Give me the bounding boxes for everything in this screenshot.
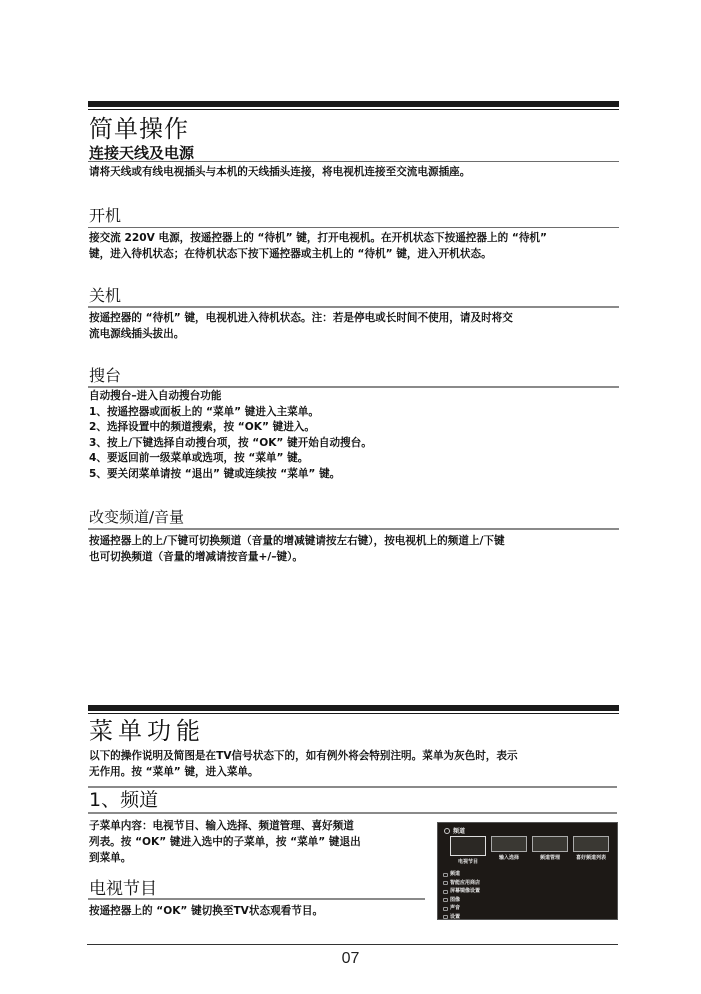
- channel-icon: [444, 828, 450, 834]
- thumbnail: [573, 836, 609, 852]
- step-item: 3、按上/下键选择自动搜台项，按 “OK” 键开始自动搜台。: [89, 436, 629, 452]
- tv-card-input-select: 输入选择: [491, 836, 527, 865]
- paragraph-change-channel-volume: 按遥控器上的上/下键可切换频道（音量的增减键请按左右键），按电视机上的频道上/下…: [89, 533, 629, 565]
- heading-underline: [88, 306, 619, 308]
- manual-page: 简单操作 连接天线及电源 请将天线或有线电视插头与本机的天线插头连接，将电视机连…: [0, 0, 701, 994]
- text-line: 到菜单。: [89, 850, 429, 866]
- tv-menu-sidebar: 频道 智能应用商店 屏幕镜像设置 图像 声音 设置: [443, 871, 480, 920]
- heading-connect-antenna-power: 连接天线及电源: [89, 144, 194, 162]
- text-line: 流电源线插头拔出。: [89, 326, 629, 342]
- heading-channel-menu: 1、频道: [89, 789, 158, 811]
- tv-card-label: 喜好频道列表: [576, 854, 606, 861]
- tv-menu-title-label: 频道: [453, 826, 465, 835]
- tv-side-label: 屏幕镜像设置: [450, 888, 480, 896]
- text-line: 按遥控器的 “待机” 键，电视机进入待机状态。注：若是停电或长时间不使用，请及时…: [89, 310, 629, 326]
- tv-card-channel-manage: 频道管理: [532, 836, 568, 865]
- paragraph-channel-submenu: 子菜单内容：电视节目、输入选择、频道管理、喜好频道 列表。按 “OK” 键进入选…: [89, 818, 429, 866]
- step-item: 2、选择设置中的频道搜索，按 “OK” 键进入。: [89, 420, 629, 436]
- tv-side-item: 图像: [443, 897, 480, 905]
- heading-underline: [88, 898, 425, 900]
- heading-change-channel-volume: 改变频道/音量: [89, 508, 184, 526]
- tv-card-label: 电视节目: [458, 858, 478, 865]
- tv-card-favorite-list: 喜好频道列表: [573, 836, 609, 865]
- page-number: 07: [0, 950, 701, 968]
- step-item: 4、要返回前一级菜单或选项，按 “菜单” 键。: [89, 451, 629, 467]
- paragraph-connect-antenna-power: 请将天线或有线电视插头与本机的天线插头连接，将电视机连接至交流电源插座。: [89, 164, 629, 180]
- thumbnail: [450, 836, 486, 856]
- menu-item-icon: [443, 873, 448, 877]
- tv-menu-title: 频道: [444, 826, 465, 835]
- tv-side-label: 声音: [450, 905, 460, 913]
- heading-power-off: 关机: [89, 287, 121, 305]
- text-line: 也可切换频道（音量的增减请按音量+/–键）。: [89, 549, 629, 565]
- thumbnail: [491, 836, 527, 852]
- tv-menu-screenshot: 频道 电视节目 输入选择 频道管理 喜好频道列表 频道 智能应用商店 屏幕镜: [437, 822, 618, 920]
- tv-side-item: 频道: [443, 871, 480, 879]
- tv-side-label: 图像: [450, 897, 460, 905]
- tv-card-label: 输入选择: [499, 854, 519, 861]
- tv-side-label: 设置: [450, 914, 460, 921]
- menu-item-icon: [443, 881, 448, 885]
- tv-side-label: 频道: [450, 871, 460, 879]
- section-title-basic-operation: 简单操作: [89, 115, 189, 143]
- heading-underline: [88, 227, 619, 228]
- paragraph-menu-intro: 以下的操作说明及简图是在TV信号状态下的，如有例外将会特别注明。菜单为灰色时，表…: [89, 748, 629, 780]
- channel-search-intro: 自动搜台–进入自动搜台功能: [89, 389, 629, 405]
- text-line: 键，进入待机状态；在待机状态下按下遥控器或主机上的 “待机” 键，进入开机状态。: [89, 246, 629, 262]
- paragraph-power-off: 按遥控器的 “待机” 键，电视机进入待机状态。注：若是停电或长时间不使用，请及时…: [89, 310, 629, 342]
- text-line: 接交流 220V 电源，按遥控器上的 “待机” 键，打开电视机。在开机状态下按遥…: [89, 230, 629, 246]
- text-line: 以下的操作说明及简图是在TV信号状态下的，如有例外将会特别注明。菜单为灰色时，表…: [89, 748, 629, 764]
- heading-underline: [88, 528, 619, 530]
- heading-underline: [88, 386, 619, 388]
- footer-rule: [87, 944, 618, 945]
- heading-underline: [88, 161, 619, 162]
- tv-side-item: 屏幕镜像设置: [443, 888, 480, 896]
- tv-side-item: 智能应用商店: [443, 880, 480, 888]
- menu-item-icon: [443, 915, 448, 919]
- divider: [88, 786, 617, 788]
- menu-item-icon: [443, 898, 448, 902]
- heading-power-on: 开机: [89, 207, 121, 225]
- heading-underline: [88, 812, 617, 814]
- section-title-menu-functions: 菜单功能: [89, 717, 205, 745]
- channel-search-steps: 自动搜台–进入自动搜台功能 1、按遥控器或面板上的 “菜单” 键进入主菜单。 2…: [89, 389, 629, 482]
- tv-side-item: 设置: [443, 914, 480, 921]
- section-rule-thick: [88, 101, 619, 107]
- text-line: 子菜单内容：电视节目、输入选择、频道管理、喜好频道: [89, 818, 429, 834]
- thumbnail: [532, 836, 568, 852]
- section-rule-thick: [88, 705, 619, 711]
- tv-side-item: 声音: [443, 905, 480, 913]
- step-item: 5、要关闭菜单请按 “退出” 键或连续按 “菜单” 键。: [89, 467, 629, 483]
- heading-tv-program: 电视节目: [89, 878, 157, 900]
- step-item: 1、按遥控器或面板上的 “菜单” 键进入主菜单。: [89, 405, 629, 421]
- tv-menu-cards: 电视节目 输入选择 频道管理 喜好频道列表: [450, 836, 609, 865]
- menu-item-icon: [443, 907, 448, 911]
- section-rule-thin: [88, 109, 619, 110]
- menu-item-icon: [443, 890, 448, 894]
- section-rule-thin: [88, 713, 619, 714]
- heading-channel-search: 搜台: [89, 367, 121, 385]
- tv-side-label: 智能应用商店: [450, 880, 480, 888]
- text-line: 列表。按 “OK” 键进入选中的子菜单，按 “菜单” 键退出: [89, 834, 429, 850]
- paragraph-power-on: 接交流 220V 电源，按遥控器上的 “待机” 键，打开电视机。在开机状态下按遥…: [89, 230, 629, 262]
- text-line: 按遥控器上的上/下键可切换频道（音量的增减键请按左右键），按电视机上的频道上/下…: [89, 533, 629, 549]
- text-line: 无作用。按 “菜单” 键，进入菜单。: [89, 764, 629, 780]
- tv-card-label: 频道管理: [540, 854, 560, 861]
- tv-card-tv-program: 电视节目: [450, 836, 486, 865]
